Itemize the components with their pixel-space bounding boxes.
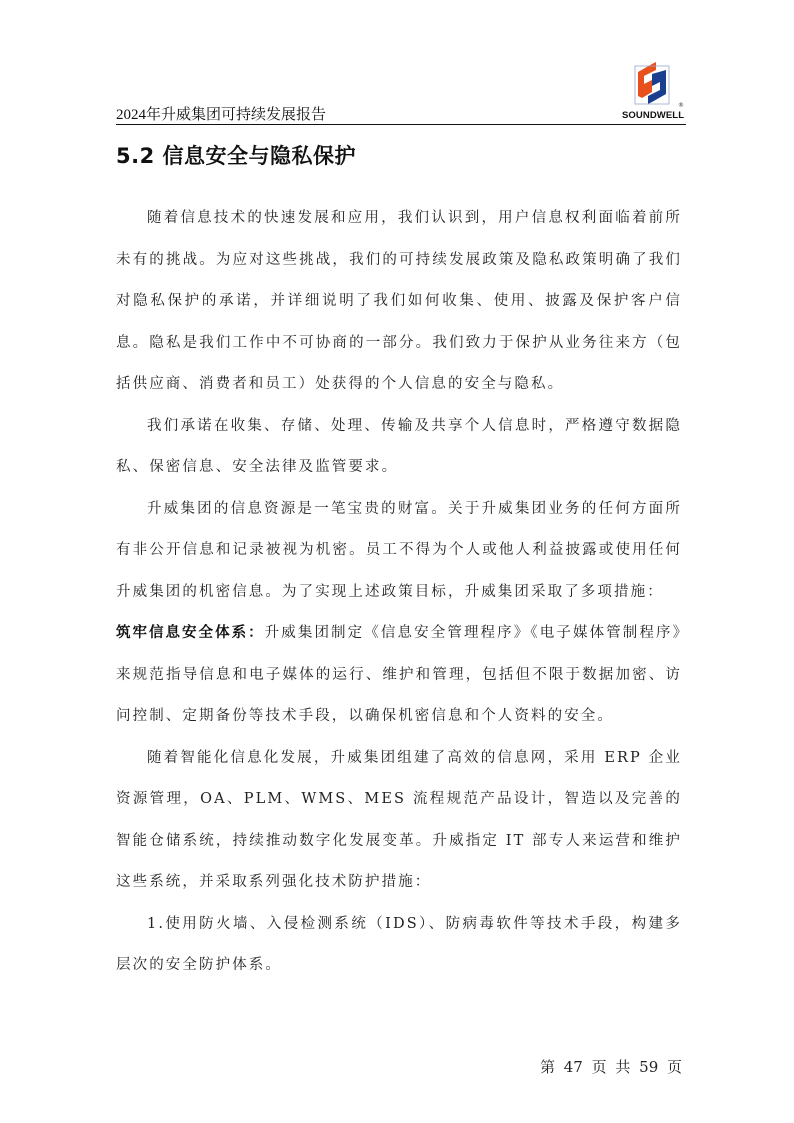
page-header: 2024年升威集团可持续发展报告	[116, 104, 686, 126]
header-divider	[116, 124, 686, 125]
list-item: 1.使用防火墙、入侵检测系统（IDS）、防病毒软件等技术手段，构建多层次的安全防…	[116, 904, 682, 987]
paragraph: 随着信息技术的快速发展和应用，我们认识到，用户信息权利面临着前所未有的挑战。为应…	[116, 198, 682, 406]
paragraph: 升威集团的信息资源是一笔宝贵的财富。关于升威集团业务的任何方面所有非公开信息和记…	[116, 489, 682, 614]
page-number: 第 47 页 共 59 页	[540, 1056, 682, 1077]
soundwell-logo-mark-icon	[632, 58, 672, 108]
paragraph: 我们承诺在收集、存储、处理、传输及共享个人信息时，严格遵守数据隐私、保密信息、安…	[116, 406, 682, 489]
report-title: 2024年升威集团可持续发展报告	[116, 103, 326, 124]
section-title: 5.2 信息安全与隐私保护	[116, 140, 356, 170]
paragraph-info-security-system: 筑牢信息安全体系：升威集团制定《信息安全管理程序》《电子媒体管制程序》来规范指导…	[116, 613, 682, 738]
body-text: 随着信息技术的快速发展和应用，我们认识到，用户信息权利面临着前所未有的挑战。为应…	[116, 198, 682, 987]
paragraph: 随着智能化信息化发展，升威集团组建了高效的信息网，采用 ERP 企业资源管理，O…	[116, 738, 682, 904]
paragraph-lead: 筑牢信息安全体系：	[116, 625, 265, 641]
